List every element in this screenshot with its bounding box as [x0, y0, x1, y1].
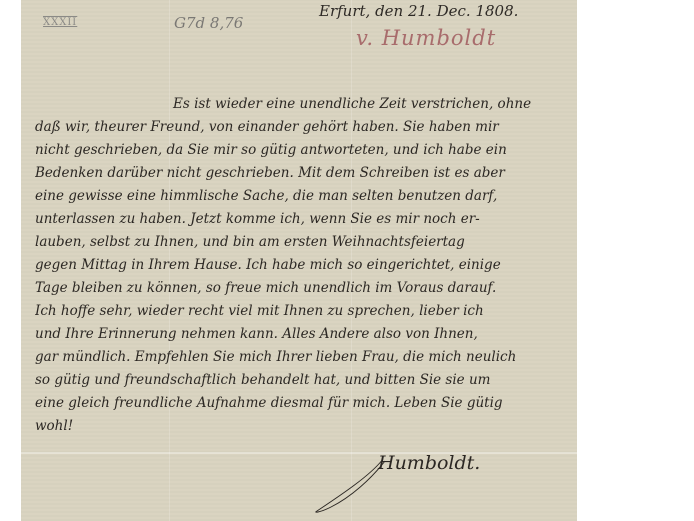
archive-mark: XXXII — [43, 17, 77, 28]
body-line: eine gleich freundliche Aufnahme diesmal… — [35, 392, 565, 415]
body-line: gegen Mittag in Ihrem Hause. Ich habe mi… — [35, 254, 565, 277]
fold-line — [21, 452, 577, 454]
shelfmark: G7d 8,76 — [174, 14, 243, 32]
dateline: Erfurt, den 21. Dec. 1808. — [319, 2, 518, 20]
body-line: so gütig und freundschaftlich behandelt … — [35, 369, 565, 392]
body-line: eine gewisse eine himmlische Sache, die … — [35, 185, 565, 208]
body-line: nicht geschrieben, da Sie mir so gütig a… — [35, 139, 565, 162]
letter-body: Es ist wieder eine unendliche Zeit verst… — [35, 93, 565, 438]
letter-page: XXXII G7d 8,76 Erfurt, den 21. Dec. 1808… — [21, 0, 577, 521]
body-line: lauben, selbst zu Ihnen, und bin am erst… — [35, 231, 565, 254]
body-line: Tage bleiben zu können, so freue mich un… — [35, 277, 565, 300]
body-line: Es ist wieder eine unendliche Zeit verst… — [35, 93, 565, 116]
body-line: Bedenken darüber nicht geschrieben. Mit … — [35, 162, 565, 185]
body-line: und Ihre Erinnerung nehmen kann. Alles A… — [35, 323, 565, 346]
body-line: gar mündlich. Empfehlen Sie mich Ihrer l… — [35, 346, 565, 369]
body-line: Ich hoffe sehr, wieder recht viel mit Ih… — [35, 300, 565, 323]
recipient-note: v. Humboldt — [356, 26, 496, 50]
signature: Humboldt. — [378, 452, 480, 474]
body-line: unterlassen zu haben. Jetzt komme ich, w… — [35, 208, 565, 231]
body-line: wohl! — [35, 415, 565, 438]
body-line: daß wir, theurer Freund, von einander ge… — [35, 116, 565, 139]
